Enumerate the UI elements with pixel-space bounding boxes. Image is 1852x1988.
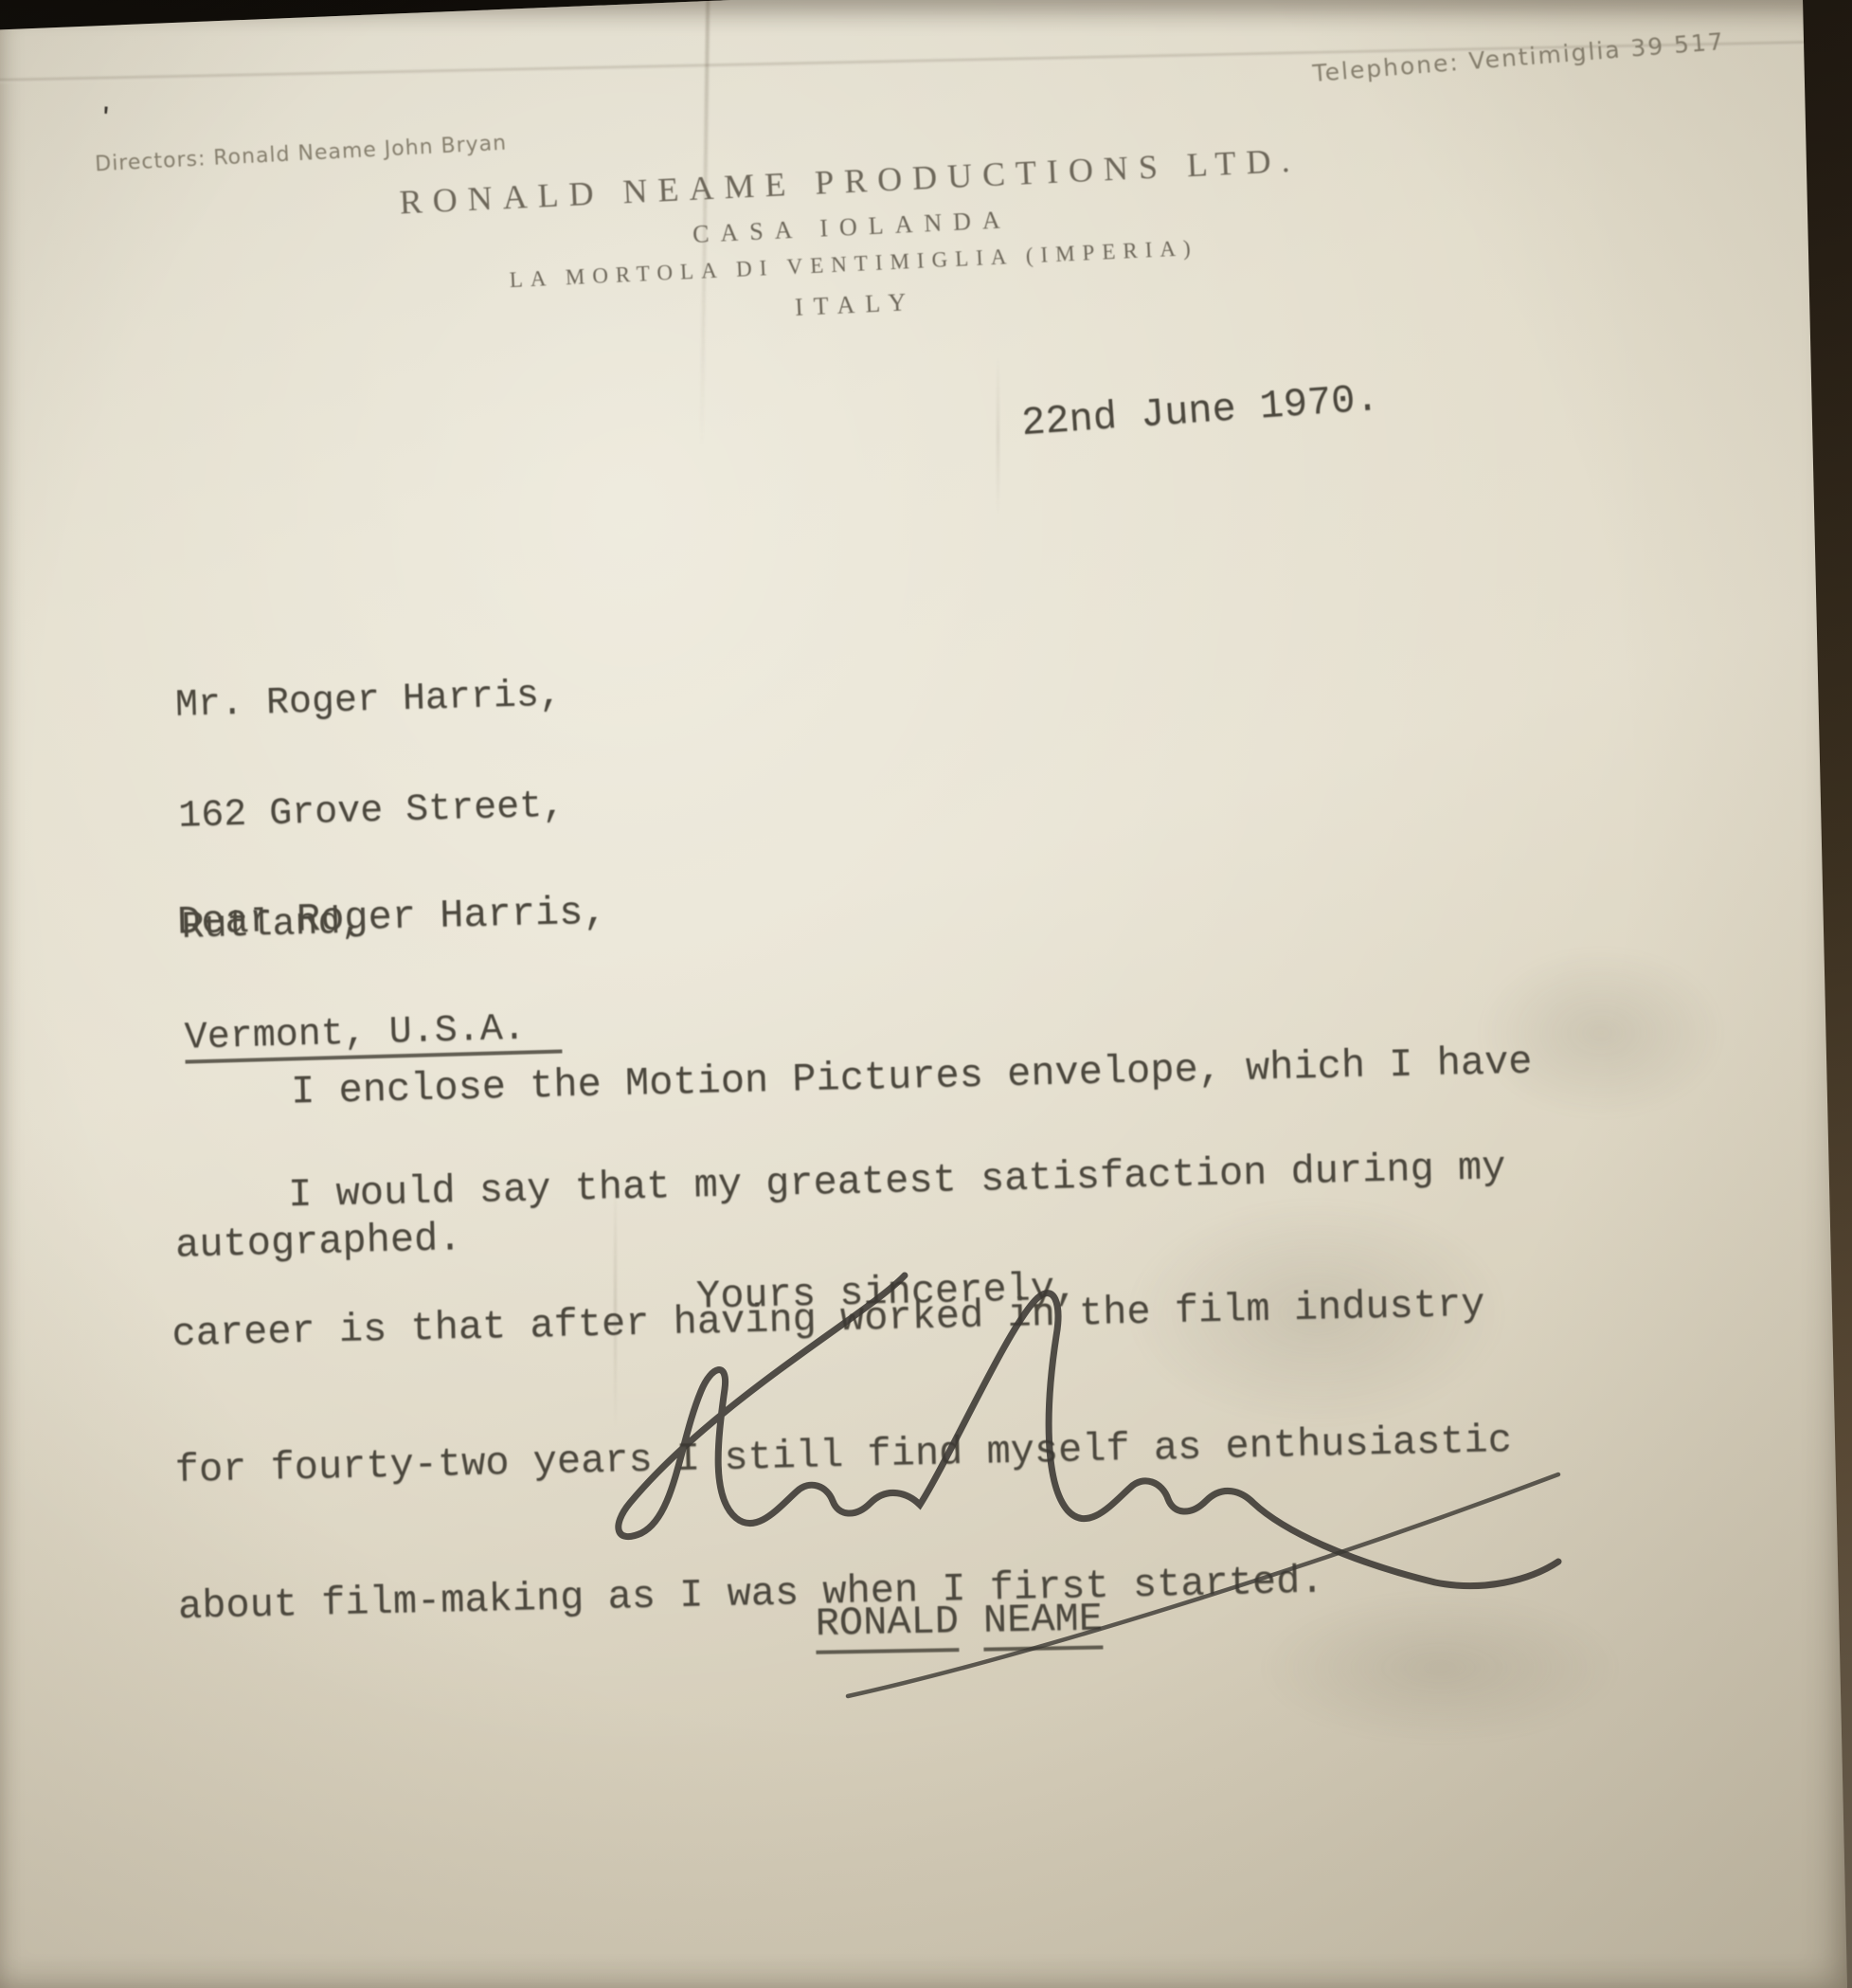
photo-background: { "letterhead": { "telephone": "Telephon… bbox=[0, 0, 1852, 1988]
signature-stroke bbox=[619, 1275, 1558, 1586]
handwritten-signature bbox=[526, 1249, 1625, 1742]
body-line: I would say that my greatest satisfactio… bbox=[169, 1145, 1506, 1220]
directors-line: Directors: Ronald Neame John Bryan bbox=[95, 132, 508, 177]
telephone-line: Telephone: Ventimiglia 39 517 bbox=[1312, 27, 1726, 87]
fold-crease-vertical-date bbox=[997, 355, 999, 516]
date-line: 22nd June 1970. bbox=[1020, 376, 1380, 446]
recipient-line: 162 Grove Street, bbox=[178, 787, 566, 835]
letter-paper: ' Telephone: Ventimiglia 39 517 Director… bbox=[0, 0, 1852, 1988]
letterhead-block: RONALD NEAME PRODUCTIONS LTD. CASA IOLAN… bbox=[376, 139, 1330, 342]
recipient-line: Mr. Roger Harris, bbox=[175, 677, 563, 724]
stray-pen-mark: ' bbox=[101, 100, 110, 137]
